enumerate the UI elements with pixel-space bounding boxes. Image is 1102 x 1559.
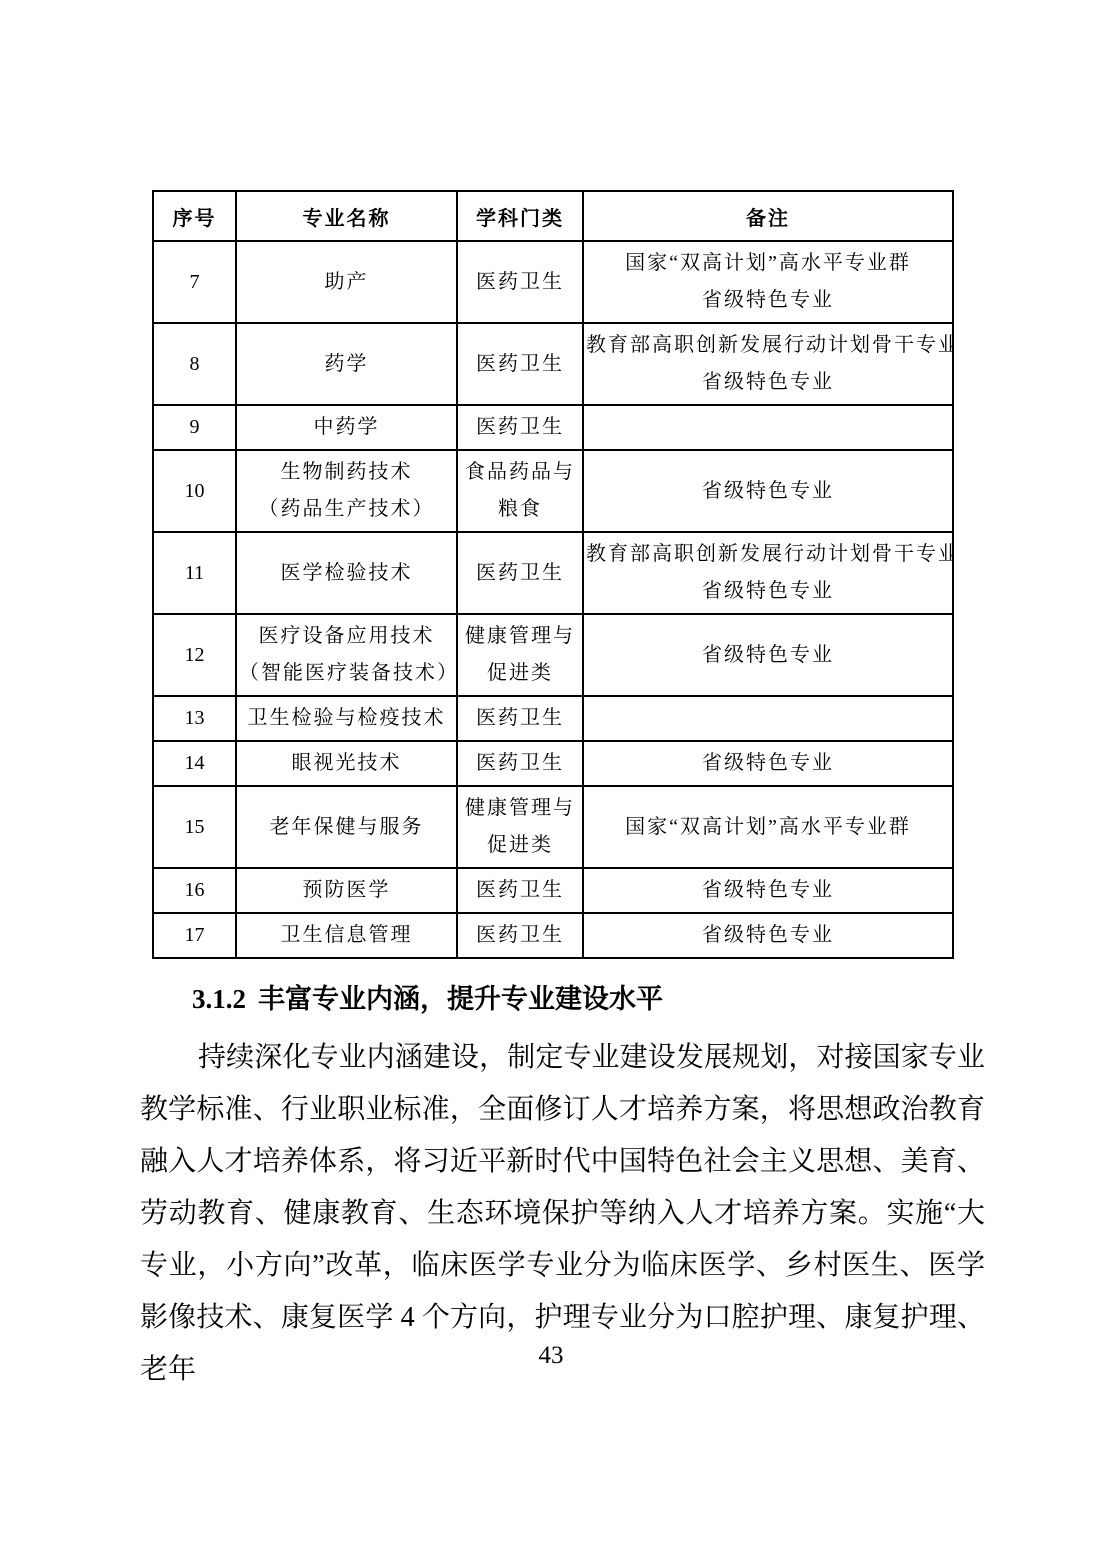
cell-line: 眼视光技术 bbox=[239, 745, 454, 782]
cell-line: 国家“双高计划”高水平专业群 bbox=[586, 809, 950, 846]
table-row: 8药学医药卫生教育部高职创新发展行动计划骨干专业省级特色专业 bbox=[153, 323, 953, 405]
no-cell: 8 bbox=[153, 323, 236, 405]
remark-cell: 省级特色专业 bbox=[583, 741, 953, 786]
category-cell: 医药卫生 bbox=[457, 741, 583, 786]
section: 3.1.2丰富专业内涵，提升专业建设水平 持续深化专业内涵建设，制定专业建设发展… bbox=[140, 978, 985, 1396]
table-header-cell: 序号 bbox=[153, 191, 236, 241]
name-cell: 助产 bbox=[236, 241, 457, 323]
name-cell: 医疗设备应用技术（智能医疗装备技术） bbox=[236, 614, 457, 696]
cell-line: 国家“双高计划”高水平专业群 bbox=[586, 245, 950, 282]
cell-line: 医药卫生 bbox=[460, 409, 580, 446]
cell-line: 卫生信息管理 bbox=[239, 917, 454, 954]
cell-line: 促进类 bbox=[460, 655, 580, 692]
no-cell: 16 bbox=[153, 868, 236, 913]
category-cell: 食品药品与粮食 bbox=[457, 450, 583, 532]
cell-line: 医学检验技术 bbox=[239, 555, 454, 592]
category-cell: 医药卫生 bbox=[457, 913, 583, 958]
cell-line: 省级特色专业 bbox=[586, 872, 950, 909]
page-number: 43 bbox=[0, 1342, 1102, 1370]
cell-line: 医药卫生 bbox=[460, 346, 580, 383]
cell-line: 中药学 bbox=[239, 409, 454, 446]
cell-line: 医药卫生 bbox=[460, 264, 580, 301]
name-cell: 预防医学 bbox=[236, 868, 457, 913]
name-cell: 老年保健与服务 bbox=[236, 786, 457, 868]
cell-line: 7 bbox=[156, 264, 233, 301]
cell-line: 医疗设备应用技术 bbox=[239, 618, 454, 655]
cell-line: 12 bbox=[156, 637, 233, 674]
cell-line: 14 bbox=[156, 745, 233, 782]
name-cell: 生物制药技术（药品生产技术） bbox=[236, 450, 457, 532]
table-header-cell: 学科门类 bbox=[457, 191, 583, 241]
category-cell: 健康管理与促进类 bbox=[457, 614, 583, 696]
name-cell: 药学 bbox=[236, 323, 457, 405]
no-cell: 11 bbox=[153, 532, 236, 614]
no-cell: 14 bbox=[153, 741, 236, 786]
cell-line: 健康管理与 bbox=[460, 618, 580, 655]
table-header-row: 序号专业名称学科门类备注 bbox=[153, 191, 953, 241]
category-cell: 健康管理与促进类 bbox=[457, 786, 583, 868]
remark-cell bbox=[583, 696, 953, 741]
cell-line: 医药卫生 bbox=[460, 700, 580, 737]
remark-cell: 省级特色专业 bbox=[583, 450, 953, 532]
remark-cell: 国家“双高计划”高水平专业群 bbox=[583, 786, 953, 868]
category-cell: 医药卫生 bbox=[457, 323, 583, 405]
cell-line: 药学 bbox=[239, 346, 454, 383]
cell-line: 粮食 bbox=[460, 491, 580, 528]
cell-line: 生物制药技术 bbox=[239, 454, 454, 491]
table-row: 14眼视光技术医药卫生省级特色专业 bbox=[153, 741, 953, 786]
section-heading-number: 3.1.2 bbox=[192, 984, 246, 1014]
cell-line: 医药卫生 bbox=[460, 917, 580, 954]
cell-line: 8 bbox=[156, 346, 233, 383]
no-cell: 12 bbox=[153, 614, 236, 696]
majors-table: 序号专业名称学科门类备注 7助产医药卫生国家“双高计划”高水平专业群省级特色专业… bbox=[152, 190, 954, 959]
cell-line: 医药卫生 bbox=[460, 745, 580, 782]
cell-line: 省级特色专业 bbox=[586, 637, 950, 674]
cell-line: 省级特色专业 bbox=[586, 917, 950, 954]
category-cell: 医药卫生 bbox=[457, 405, 583, 450]
table-row: 13卫生检验与检疫技术医药卫生 bbox=[153, 696, 953, 741]
table-row: 17卫生信息管理医药卫生省级特色专业 bbox=[153, 913, 953, 958]
name-cell: 医学检验技术 bbox=[236, 532, 457, 614]
category-cell: 医药卫生 bbox=[457, 868, 583, 913]
cell-line: 16 bbox=[156, 872, 233, 909]
no-cell: 7 bbox=[153, 241, 236, 323]
table-row: 15老年保健与服务健康管理与促进类国家“双高计划”高水平专业群 bbox=[153, 786, 953, 868]
table-row: 12医疗设备应用技术（智能医疗装备技术）健康管理与促进类省级特色专业 bbox=[153, 614, 953, 696]
cell-line: 医药卫生 bbox=[460, 555, 580, 592]
table-header-cell: 专业名称 bbox=[236, 191, 457, 241]
cell-line: 15 bbox=[156, 809, 233, 846]
cell-line: 卫生检验与检疫技术 bbox=[239, 700, 454, 737]
remark-cell: 省级特色专业 bbox=[583, 913, 953, 958]
cell-line: 预防医学 bbox=[239, 872, 454, 909]
remark-cell: 省级特色专业 bbox=[583, 614, 953, 696]
cell-line: 17 bbox=[156, 917, 233, 954]
table-row: 11医学检验技术医药卫生教育部高职创新发展行动计划骨干专业省级特色专业 bbox=[153, 532, 953, 614]
name-cell: 卫生信息管理 bbox=[236, 913, 457, 958]
cell-line: 省级特色专业 bbox=[586, 473, 950, 510]
cell-line: 9 bbox=[156, 409, 233, 446]
cell-line: 10 bbox=[156, 473, 233, 510]
no-cell: 10 bbox=[153, 450, 236, 532]
cell-line: 健康管理与 bbox=[460, 790, 580, 827]
cell-line: 省级特色专业 bbox=[586, 745, 950, 782]
category-cell: 医药卫生 bbox=[457, 532, 583, 614]
section-heading-text: 丰富专业内涵，提升专业建设水平 bbox=[258, 984, 663, 1014]
remark-cell: 教育部高职创新发展行动计划骨干专业省级特色专业 bbox=[583, 532, 953, 614]
table-row: 10生物制药技术（药品生产技术）食品药品与粮食省级特色专业 bbox=[153, 450, 953, 532]
table-header-cell: 备注 bbox=[583, 191, 953, 241]
cell-line: 11 bbox=[156, 555, 233, 592]
cell-line: 教育部高职创新发展行动计划骨干专业 bbox=[586, 327, 950, 364]
remark-cell: 教育部高职创新发展行动计划骨干专业省级特色专业 bbox=[583, 323, 953, 405]
cell-line: 助产 bbox=[239, 264, 454, 301]
no-cell: 17 bbox=[153, 913, 236, 958]
cell-line: 食品药品与 bbox=[460, 454, 580, 491]
remark-cell: 国家“双高计划”高水平专业群省级特色专业 bbox=[583, 241, 953, 323]
cell-line: 教育部高职创新发展行动计划骨干专业 bbox=[586, 536, 950, 573]
remark-cell: 省级特色专业 bbox=[583, 868, 953, 913]
table-row: 9中药学医药卫生 bbox=[153, 405, 953, 450]
no-cell: 9 bbox=[153, 405, 236, 450]
category-cell: 医药卫生 bbox=[457, 241, 583, 323]
remark-cell bbox=[583, 405, 953, 450]
cell-line: 医药卫生 bbox=[460, 872, 580, 909]
cell-line: 老年保健与服务 bbox=[239, 809, 454, 846]
cell-line: 促进类 bbox=[460, 827, 580, 864]
cell-line: 省级特色专业 bbox=[586, 282, 950, 319]
name-cell: 中药学 bbox=[236, 405, 457, 450]
name-cell: 眼视光技术 bbox=[236, 741, 457, 786]
cell-line: （智能医疗装备技术） bbox=[239, 655, 454, 692]
table-row: 7助产医药卫生国家“双高计划”高水平专业群省级特色专业 bbox=[153, 241, 953, 323]
cell-line: 省级特色专业 bbox=[586, 573, 950, 610]
section-heading: 3.1.2丰富专业内涵，提升专业建设水平 bbox=[140, 978, 985, 1020]
category-cell: 医药卫生 bbox=[457, 696, 583, 741]
cell-line: 省级特色专业 bbox=[586, 364, 950, 401]
document-page: 序号专业名称学科门类备注 7助产医药卫生国家“双高计划”高水平专业群省级特色专业… bbox=[0, 0, 1102, 1559]
table-body: 7助产医药卫生国家“双高计划”高水平专业群省级特色专业8药学医药卫生教育部高职创… bbox=[153, 241, 953, 958]
no-cell: 13 bbox=[153, 696, 236, 741]
cell-line: （药品生产技术） bbox=[239, 491, 454, 528]
no-cell: 15 bbox=[153, 786, 236, 868]
cell-line: 13 bbox=[156, 700, 233, 737]
table-row: 16预防医学医药卫生省级特色专业 bbox=[153, 868, 953, 913]
name-cell: 卫生检验与检疫技术 bbox=[236, 696, 457, 741]
